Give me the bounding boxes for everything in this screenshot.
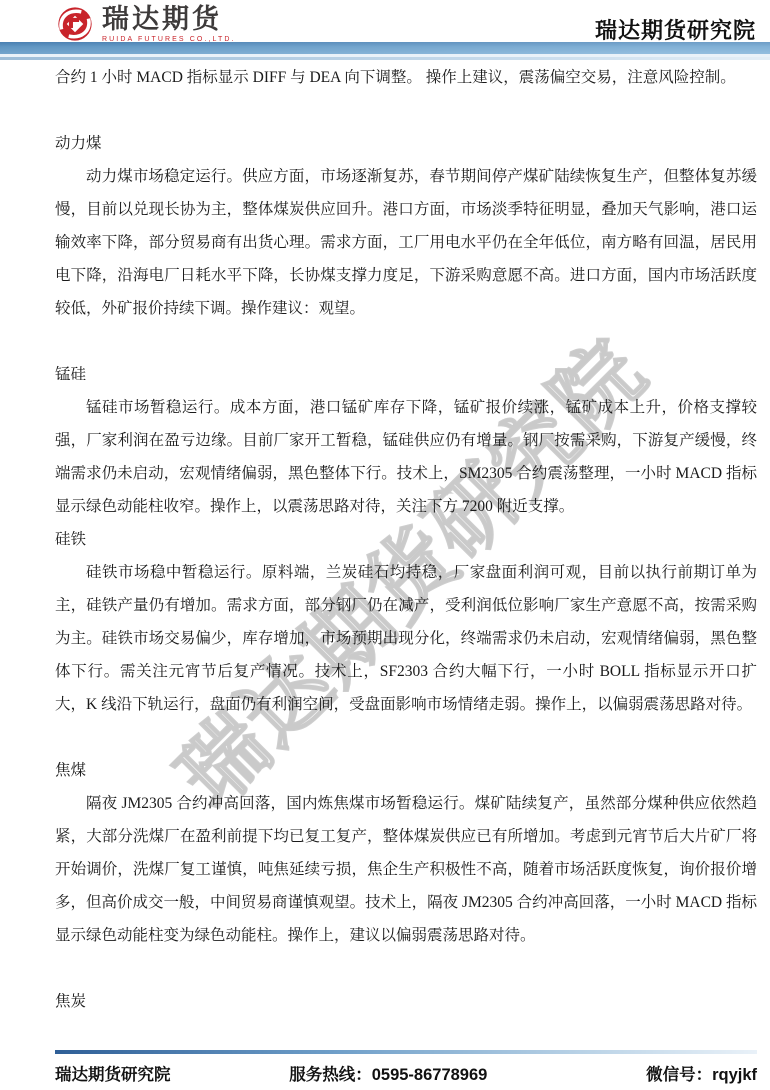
section-heading-coke: 焦炭 xyxy=(55,985,757,1018)
divider-bar-main xyxy=(0,42,770,54)
report-body: 合约 1 小时 MACD 指标显示 DIFF 与 DEA 向下调整。 操作上建议… xyxy=(55,61,757,1018)
section-body-ferrosilicon: 硅铁市场稳中暂稳运行。原料端，兰炭硅石均持稳，厂家盘面利润可观，目前以执行前期订… xyxy=(55,556,757,721)
logo-text-column: 瑞达期货 RUIDA FUTURES CO.,LTD. xyxy=(102,6,236,43)
header-divider-bar xyxy=(0,42,770,60)
logo-title: 瑞达期货 xyxy=(102,6,236,33)
company-logo: 瑞达期货 RUIDA FUTURES CO.,LTD. xyxy=(54,6,236,43)
footer-text-row: 瑞达期货研究院 服务热线：0595-86778969 微信号：rqyjkf xyxy=(55,1061,757,1085)
report-page: 瑞达期货 RUIDA FUTURES CO.,LTD. 瑞达期货研究院 瑞达期货… xyxy=(0,0,770,1090)
section-heading-coking-coal: 焦煤 xyxy=(55,754,757,787)
intro-paragraph: 合约 1 小时 MACD 指标显示 DIFF 与 DEA 向下调整。 操作上建议… xyxy=(55,61,757,94)
page-header: 瑞达期货 RUIDA FUTURES CO.,LTD. 瑞达期货研究院 xyxy=(0,0,770,42)
footer-wechat: 微信号：rqyjkf xyxy=(646,1061,757,1085)
footer-hotline: 服务热线：0595-86778969 xyxy=(289,1061,487,1085)
section-body-coking-coal: 隔夜 JM2305 合约冲高回落，国内炼焦煤市场暂稳运行。煤矿陆续复产，虽然部分… xyxy=(55,787,757,952)
footer-divider-line xyxy=(55,1050,757,1054)
section-heading-ferrosilicon: 硅铁 xyxy=(55,523,757,556)
divider-bar-thin xyxy=(0,57,770,60)
footer-institute: 瑞达期货研究院 xyxy=(55,1061,171,1085)
ruida-logo-icon xyxy=(54,6,96,42)
section-body-thermal-coal: 动力煤市场稳定运行。供应方面，市场逐渐复苏，春节期间停产煤矿陆续恢复生产，但整体… xyxy=(55,160,757,325)
section-heading-silicomanganese: 锰硅 xyxy=(55,358,757,391)
section-body-silicomanganese: 锰硅市场暂稳运行。成本方面，港口锰矿库存下降，锰矿报价续涨，锰矿成本上升，价格支… xyxy=(55,391,757,523)
page-footer: 瑞达期货研究院 服务热线：0595-86778969 微信号：rqyjkf xyxy=(0,1050,770,1090)
section-heading-thermal-coal: 动力煤 xyxy=(55,127,757,160)
institute-title: 瑞达期货研究院 xyxy=(595,14,756,45)
